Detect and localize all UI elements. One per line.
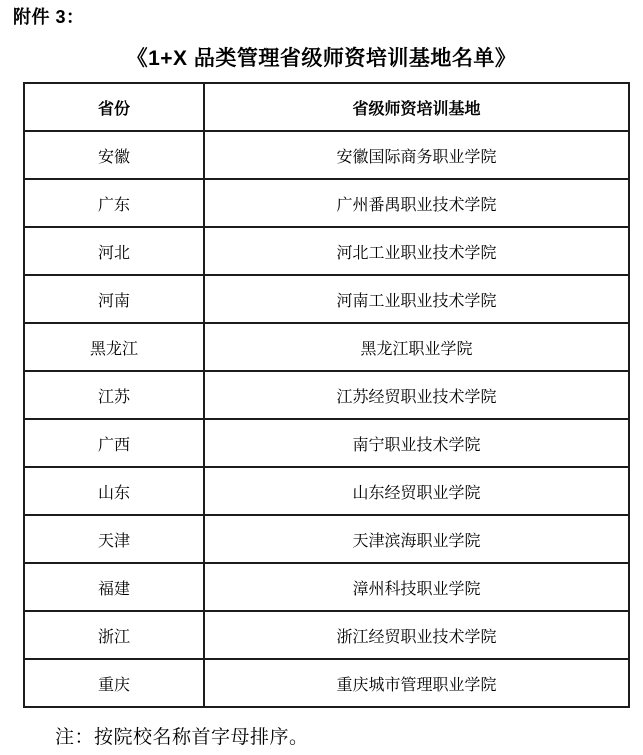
cell-base: 漳州科技职业学院 bbox=[204, 563, 629, 611]
header-cell-province: 省份 bbox=[24, 83, 204, 131]
attachment-label: 附件 3： bbox=[13, 3, 85, 29]
cell-province: 山东 bbox=[24, 467, 204, 515]
cell-province: 福建 bbox=[24, 563, 204, 611]
cell-base: 南宁职业技术学院 bbox=[204, 419, 629, 467]
cell-province: 广西 bbox=[24, 419, 204, 467]
training-base-table: 省份 省级师资培训基地 安徽安徽国际商务职业学院广东广州番禺职业技术学院河北河北… bbox=[23, 82, 630, 708]
table-header: 省份 省级师资培训基地 bbox=[24, 83, 629, 131]
cell-province: 浙江 bbox=[24, 611, 204, 659]
cell-province: 河北 bbox=[24, 227, 204, 275]
footnote: 注：按院校名称首字母排序。 bbox=[55, 722, 309, 749]
cell-province: 安徽 bbox=[24, 131, 204, 179]
table-row: 安徽安徽国际商务职业学院 bbox=[24, 131, 629, 179]
table-row: 浙江浙江经贸职业技术学院 bbox=[24, 611, 629, 659]
cell-base: 河北工业职业技术学院 bbox=[204, 227, 629, 275]
cell-base: 重庆城市管理职业学院 bbox=[204, 659, 629, 707]
cell-base: 安徽国际商务职业学院 bbox=[204, 131, 629, 179]
table-row: 山东山东经贸职业学院 bbox=[24, 467, 629, 515]
header-cell-base: 省级师资培训基地 bbox=[204, 83, 629, 131]
cell-base: 江苏经贸职业技术学院 bbox=[204, 371, 629, 419]
cell-base: 河南工业职业技术学院 bbox=[204, 275, 629, 323]
cell-province: 天津 bbox=[24, 515, 204, 563]
table-header-row: 省份 省级师资培训基地 bbox=[24, 83, 629, 131]
cell-province: 广东 bbox=[24, 179, 204, 227]
table-row: 广东广州番禺职业技术学院 bbox=[24, 179, 629, 227]
table-row: 河北河北工业职业技术学院 bbox=[24, 227, 629, 275]
cell-province: 重庆 bbox=[24, 659, 204, 707]
cell-base: 天津滨海职业学院 bbox=[204, 515, 629, 563]
cell-base: 浙江经贸职业技术学院 bbox=[204, 611, 629, 659]
table-row: 天津天津滨海职业学院 bbox=[24, 515, 629, 563]
cell-province: 黑龙江 bbox=[24, 323, 204, 371]
cell-base: 广州番禺职业技术学院 bbox=[204, 179, 629, 227]
cell-base: 黑龙江职业学院 bbox=[204, 323, 629, 371]
table-body: 安徽安徽国际商务职业学院广东广州番禺职业技术学院河北河北工业职业技术学院河南河南… bbox=[24, 131, 629, 707]
table-row: 重庆重庆城市管理职业学院 bbox=[24, 659, 629, 707]
cell-province: 河南 bbox=[24, 275, 204, 323]
page-title: 《1+X 品类管理省级师资培训基地名单》 bbox=[0, 42, 643, 72]
table-row: 河南河南工业职业技术学院 bbox=[24, 275, 629, 323]
cell-province: 江苏 bbox=[24, 371, 204, 419]
table-row: 广西南宁职业技术学院 bbox=[24, 419, 629, 467]
table-row: 黑龙江黑龙江职业学院 bbox=[24, 323, 629, 371]
table-row: 江苏江苏经贸职业技术学院 bbox=[24, 371, 629, 419]
cell-base: 山东经贸职业学院 bbox=[204, 467, 629, 515]
table-row: 福建漳州科技职业学院 bbox=[24, 563, 629, 611]
